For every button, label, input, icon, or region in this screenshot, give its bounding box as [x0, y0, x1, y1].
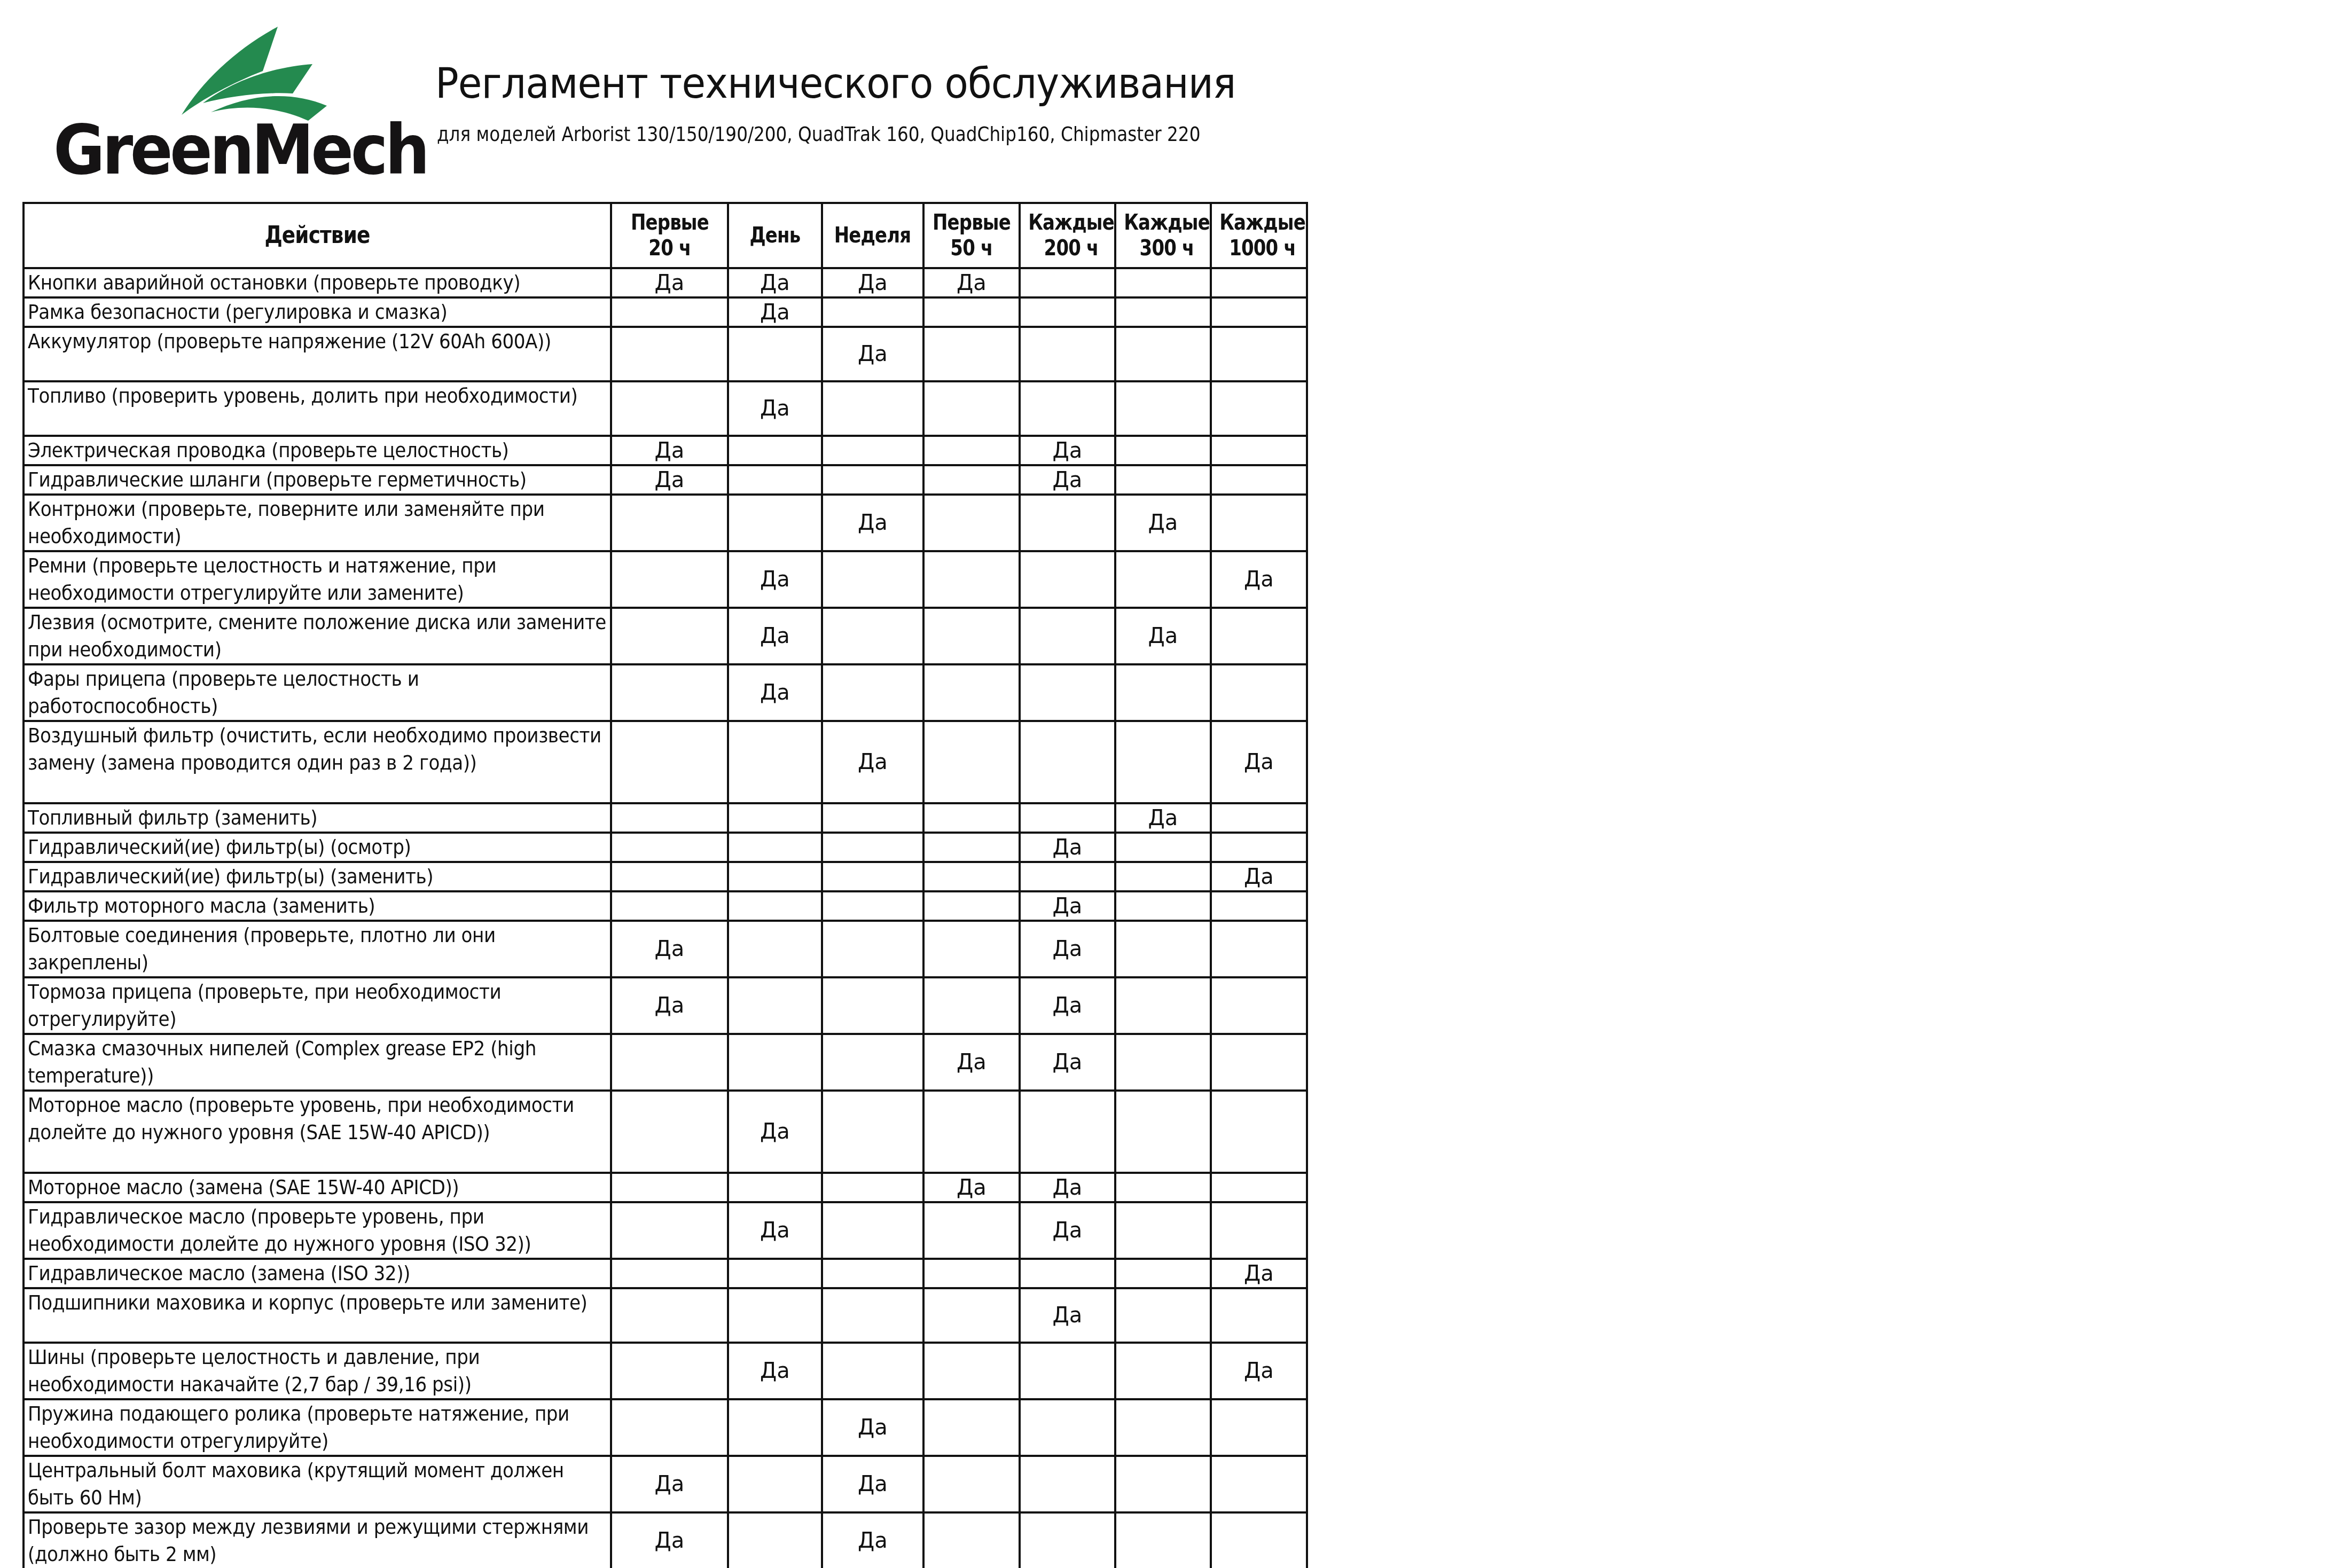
interval-cell-every-200h: Да: [1020, 465, 1115, 495]
interval-cell-every-300h: [1115, 327, 1211, 381]
interval-cell-first-50h: Да: [923, 1034, 1020, 1091]
interval-cell-every-200h: [1020, 862, 1115, 891]
interval-cell-every-1000h: [1211, 891, 1307, 921]
column-header-line: Неделя: [834, 223, 911, 248]
action-cell: Гидравлические шланги (проверьте гермети…: [24, 465, 611, 495]
interval-cell-week: [822, 1288, 923, 1343]
action-cell: Гидравлический(ие) фильтр(ы) (заменить): [24, 862, 611, 891]
interval-cell-week: Да: [822, 1456, 923, 1512]
interval-cell-every-200h: [1020, 268, 1115, 297]
interval-cell-every-1000h: [1211, 608, 1307, 664]
action-text: Фары прицепа (проверьте целостность и ра…: [28, 665, 609, 720]
interval-cell-first-50h: [923, 921, 1020, 977]
interval-cell-first-20h: [611, 1034, 728, 1091]
column-header-line: Действие: [264, 223, 370, 248]
interval-cell-first-50h: [923, 862, 1020, 891]
yes-mark: Да: [858, 750, 888, 774]
interval-cell-every-200h: Да: [1020, 1173, 1115, 1202]
action-text: Контрножи (проверьте, поверните или заме…: [28, 496, 609, 550]
yes-mark: Да: [760, 300, 790, 325]
interval-cell-first-20h: [611, 833, 728, 862]
interval-cell-every-1000h: [1211, 921, 1307, 977]
interval-cell-first-20h: [611, 1259, 728, 1288]
interval-cell-every-1000h: [1211, 1173, 1307, 1202]
yes-mark: Да: [760, 567, 790, 592]
interval-cell-first-20h: Да: [611, 268, 728, 297]
interval-cell-every-1000h: [1211, 977, 1307, 1034]
yes-mark: Да: [655, 1528, 685, 1553]
yes-mark: Да: [760, 1218, 790, 1243]
column-header-line: Каждые: [1219, 210, 1305, 236]
interval-cell-every-300h: [1115, 297, 1211, 327]
interval-cell-week: [822, 1091, 923, 1173]
interval-cell-every-300h: [1115, 833, 1211, 862]
table-row: Пружина подающего ролика (проверьте натя…: [24, 1399, 1307, 1456]
table-row: Смазка смазочных нипелей (Complex grease…: [24, 1034, 1307, 1091]
interval-cell-week: [822, 551, 923, 608]
interval-cell-first-50h: [923, 1343, 1020, 1399]
yes-mark: Да: [858, 271, 888, 295]
interval-cell-every-300h: Да: [1115, 608, 1211, 664]
action-cell: Контрножи (проверьте, поверните или заме…: [24, 495, 611, 551]
interval-cell-first-50h: [923, 803, 1020, 833]
yes-mark: Да: [655, 993, 685, 1018]
action-text: Гидравлическое масло (замена (ISO 32)): [28, 1260, 609, 1287]
interval-cell-week: [822, 1034, 923, 1091]
column-header-first-50h: Первые50 ч: [923, 203, 1020, 268]
yes-mark: Да: [760, 1359, 790, 1383]
interval-cell-week: [822, 862, 923, 891]
interval-cell-every-200h: [1020, 803, 1115, 833]
table-row: Фары прицепа (проверьте целостность и ра…: [24, 664, 1307, 721]
action-text: Кнопки аварийной остановки (проверьте пр…: [28, 269, 609, 296]
interval-cell-first-20h: [611, 862, 728, 891]
interval-cell-every-1000h: [1211, 1456, 1307, 1512]
yes-mark: Да: [760, 271, 790, 295]
interval-cell-every-300h: [1115, 1202, 1211, 1259]
yes-mark: Да: [858, 1415, 888, 1440]
column-header-every-200h: Каждые200 ч: [1020, 203, 1115, 268]
action-text: Гидравлический(ие) фильтр(ы) (заменить): [28, 863, 609, 890]
interval-cell-first-50h: [923, 721, 1020, 803]
action-text: Тормоза прицепа (проверьте, при необходи…: [28, 978, 609, 1033]
column-header-first-20h: Первые20 ч: [611, 203, 728, 268]
action-text: Смазка смазочных нипелей (Complex grease…: [28, 1035, 609, 1089]
interval-cell-first-20h: [611, 381, 728, 436]
action-text: Болтовые соединения (проверьте, плотно л…: [28, 922, 609, 976]
interval-cell-every-200h: Да: [1020, 1288, 1115, 1343]
brand-wordmark: GreenMech: [53, 116, 427, 185]
table-body: Кнопки аварийной остановки (проверьте пр…: [24, 268, 1307, 1568]
interval-cell-day: [728, 721, 822, 803]
table-row: Шины (проверьте целостность и давление, …: [24, 1343, 1307, 1399]
action-text: Топливный фильтр (заменить): [28, 804, 609, 832]
column-header-label: Неделя: [834, 223, 911, 248]
action-text: Гидравлические шланги (проверьте гермети…: [28, 466, 609, 493]
interval-cell-every-300h: [1115, 1399, 1211, 1456]
interval-cell-day: Да: [728, 1091, 822, 1173]
interval-cell-every-300h: [1115, 1173, 1211, 1202]
interval-cell-every-300h: [1115, 1091, 1211, 1173]
interval-cell-every-1000h: [1211, 381, 1307, 436]
yes-mark: Да: [1244, 1359, 1274, 1383]
yes-mark: Да: [655, 438, 685, 463]
yes-mark: Да: [760, 624, 790, 648]
interval-cell-day: [728, 921, 822, 977]
yes-mark: Да: [1244, 865, 1274, 889]
interval-cell-every-200h: [1020, 608, 1115, 664]
interval-cell-every-200h: [1020, 721, 1115, 803]
column-header-label: День: [750, 223, 801, 248]
interval-cell-first-20h: [611, 495, 728, 551]
yes-mark: Да: [858, 1528, 888, 1553]
yes-mark: Да: [655, 271, 685, 295]
interval-cell-every-1000h: Да: [1211, 862, 1307, 891]
interval-cell-every-1000h: [1211, 465, 1307, 495]
yes-mark: Да: [1053, 1218, 1083, 1243]
interval-cell-every-200h: [1020, 1512, 1115, 1568]
interval-cell-every-200h: Да: [1020, 1202, 1115, 1259]
interval-cell-first-20h: [611, 551, 728, 608]
interval-cell-every-200h: [1020, 297, 1115, 327]
interval-cell-every-1000h: Да: [1211, 551, 1307, 608]
table-row: Ремни (проверьте целостность и натяжение…: [24, 551, 1307, 608]
action-cell: Топливный фильтр (заменить): [24, 803, 611, 833]
action-text: Пружина подающего ролика (проверьте натя…: [28, 1400, 609, 1455]
interval-cell-first-50h: [923, 1202, 1020, 1259]
interval-cell-every-200h: Да: [1020, 436, 1115, 465]
interval-cell-first-50h: [923, 436, 1020, 465]
column-header-line: 50 ч: [933, 236, 1011, 261]
action-cell: Гидравлическое масло (проверьте уровень,…: [24, 1202, 611, 1259]
yes-mark: Да: [1053, 993, 1083, 1018]
interval-cell-every-300h: [1115, 921, 1211, 977]
interval-cell-day: [728, 1456, 822, 1512]
yes-mark: Да: [957, 1050, 987, 1075]
column-header-line: 300 ч: [1124, 236, 1210, 261]
yes-mark: Да: [1244, 750, 1274, 774]
action-text: Ремни (проверьте целостность и натяжение…: [28, 552, 609, 607]
table-row: Гидравлический(ие) фильтр(ы) (осмотр)Да: [24, 833, 1307, 862]
interval-cell-first-20h: Да: [611, 977, 728, 1034]
action-cell: Моторное масло (проверьте уровень, при н…: [24, 1091, 611, 1173]
interval-cell-every-200h: Да: [1020, 1034, 1115, 1091]
interval-cell-day: Да: [728, 608, 822, 664]
interval-cell-first-50h: [923, 1259, 1020, 1288]
interval-cell-every-1000h: [1211, 268, 1307, 297]
interval-cell-day: [728, 436, 822, 465]
column-header-label: Первые20 ч: [630, 210, 708, 261]
yes-mark: Да: [655, 468, 685, 492]
column-header-every-1000h: Каждые1000 ч: [1211, 203, 1307, 268]
table-row: Гидравлическое масло (замена (ISO 32))Да: [24, 1259, 1307, 1288]
column-header-line: 200 ч: [1028, 236, 1114, 261]
interval-cell-first-20h: [611, 803, 728, 833]
interval-cell-every-300h: [1115, 551, 1211, 608]
column-header-label: Каждые200 ч: [1028, 210, 1114, 261]
yes-mark: Да: [1053, 894, 1083, 919]
column-header-action: Действие: [24, 203, 611, 268]
interval-cell-week: [822, 608, 923, 664]
interval-cell-every-300h: [1115, 1259, 1211, 1288]
interval-cell-day: [728, 833, 822, 862]
action-cell: Смазка смазочных нипелей (Complex grease…: [24, 1034, 611, 1091]
interval-cell-every-300h: [1115, 436, 1211, 465]
interval-cell-first-20h: [611, 1399, 728, 1456]
yes-mark: Да: [1244, 1261, 1274, 1286]
interval-cell-week: [822, 465, 923, 495]
interval-cell-every-200h: [1020, 1091, 1115, 1173]
action-cell: Фары прицепа (проверьте целостность и ра…: [24, 664, 611, 721]
interval-cell-week: Да: [822, 495, 923, 551]
interval-cell-week: [822, 1173, 923, 1202]
interval-cell-every-300h: [1115, 1343, 1211, 1399]
table-row: Тормоза прицепа (проверьте, при необходи…: [24, 977, 1307, 1034]
action-cell: Гидравлический(ие) фильтр(ы) (осмотр): [24, 833, 611, 862]
column-header-line: Каждые: [1124, 210, 1210, 236]
interval-cell-every-200h: [1020, 1399, 1115, 1456]
table-row: Воздушный фильтр (очистить, если необход…: [24, 721, 1307, 803]
interval-cell-every-300h: [1115, 664, 1211, 721]
action-cell: Моторное масло (замена (SAE 15W-40 APICD…: [24, 1173, 611, 1202]
interval-cell-first-50h: [923, 327, 1020, 381]
yes-mark: Да: [1053, 1303, 1083, 1328]
interval-cell-first-50h: [923, 495, 1020, 551]
interval-cell-week: Да: [822, 268, 923, 297]
interval-cell-week: [822, 977, 923, 1034]
interval-cell-every-1000h: [1211, 1034, 1307, 1091]
interval-cell-every-200h: [1020, 327, 1115, 381]
yes-mark: Да: [957, 271, 987, 295]
interval-cell-first-50h: [923, 1512, 1020, 1568]
interval-cell-first-20h: [611, 297, 728, 327]
action-cell: Ремни (проверьте целостность и натяжение…: [24, 551, 611, 608]
page-subtitle: для моделей Arborist 130/150/190/200, Qu…: [437, 124, 1200, 144]
action-text: Подшипники маховика и корпус (проверьте …: [28, 1289, 609, 1316]
yes-mark: Да: [655, 937, 685, 961]
interval-cell-first-50h: [923, 381, 1020, 436]
table-row: Подшипники маховика и корпус (проверьте …: [24, 1288, 1307, 1343]
interval-cell-week: [822, 436, 923, 465]
greenmech-logo: GreenMech: [53, 21, 385, 182]
action-cell: Проверьте зазор между лезвиями и режущим…: [24, 1512, 611, 1568]
table-row: Болтовые соединения (проверьте, плотно л…: [24, 921, 1307, 977]
maintenance-schedule-table: ДействиеПервые20 чДеньНеделяПервые50 чКа…: [22, 202, 1308, 1568]
interval-cell-every-1000h: [1211, 436, 1307, 465]
action-text: Лезвия (осмотрите, смените положение дис…: [28, 609, 609, 663]
interval-cell-every-200h: [1020, 495, 1115, 551]
yes-mark: Да: [760, 680, 790, 705]
yes-mark: Да: [1053, 438, 1083, 463]
column-header-line: Первые: [630, 210, 708, 236]
interval-cell-first-20h: [611, 891, 728, 921]
yes-mark: Да: [1053, 937, 1083, 961]
yes-mark: Да: [760, 1119, 790, 1144]
action-cell: Шины (проверьте целостность и давление, …: [24, 1343, 611, 1399]
yes-mark: Да: [1053, 468, 1083, 492]
interval-cell-week: [822, 297, 923, 327]
interval-cell-week: Да: [822, 327, 923, 381]
yes-mark: Да: [760, 396, 790, 421]
interval-cell-day: Да: [728, 551, 822, 608]
interval-cell-every-1000h: [1211, 495, 1307, 551]
action-cell: Тормоза прицепа (проверьте, при необходи…: [24, 977, 611, 1034]
interval-cell-week: [822, 1343, 923, 1399]
interval-cell-every-200h: Да: [1020, 891, 1115, 921]
interval-cell-day: Да: [728, 381, 822, 436]
table-row: Топливо (проверить уровень, долить при н…: [24, 381, 1307, 436]
interval-cell-first-50h: [923, 1456, 1020, 1512]
table-row: Фильтр моторного масла (заменить)Да: [24, 891, 1307, 921]
action-text: Фильтр моторного масла (заменить): [28, 892, 609, 920]
interval-cell-every-1000h: Да: [1211, 1259, 1307, 1288]
action-text: Центральный болт маховика (крутящий моме…: [28, 1457, 609, 1511]
yes-mark: Да: [1148, 511, 1178, 535]
interval-cell-week: [822, 921, 923, 977]
interval-cell-every-200h: [1020, 381, 1115, 436]
interval-cell-first-20h: [611, 1173, 728, 1202]
column-header-line: Каждые: [1028, 210, 1114, 236]
table-row: Центральный болт маховика (крутящий моме…: [24, 1456, 1307, 1512]
interval-cell-every-200h: Да: [1020, 833, 1115, 862]
interval-cell-day: [728, 1512, 822, 1568]
interval-cell-every-1000h: Да: [1211, 1343, 1307, 1399]
interval-cell-day: [728, 803, 822, 833]
yes-mark: Да: [1148, 624, 1178, 648]
action-cell: Лезвия (осмотрите, смените положение дис…: [24, 608, 611, 664]
interval-cell-day: [728, 891, 822, 921]
interval-cell-first-50h: [923, 608, 1020, 664]
table-row: Гидравлические шланги (проверьте гермети…: [24, 465, 1307, 495]
table-row: Рамка безопасности (регулировка и смазка…: [24, 297, 1307, 327]
interval-cell-first-20h: Да: [611, 921, 728, 977]
interval-cell-every-200h: [1020, 1259, 1115, 1288]
action-cell: Болтовые соединения (проверьте, плотно л…: [24, 921, 611, 977]
yes-mark: Да: [1053, 1175, 1083, 1200]
page-title: Регламент технического обслуживания: [435, 63, 1236, 105]
interval-cell-first-20h: [611, 1288, 728, 1343]
interval-cell-every-300h: [1115, 891, 1211, 921]
interval-cell-first-20h: Да: [611, 436, 728, 465]
interval-cell-first-20h: [611, 608, 728, 664]
interval-cell-day: [728, 1034, 822, 1091]
interval-cell-day: [728, 862, 822, 891]
yes-mark: Да: [957, 1175, 987, 1200]
interval-cell-first-50h: [923, 664, 1020, 721]
interval-cell-week: [822, 1259, 923, 1288]
action-text: Моторное масло (проверьте уровень, при н…: [28, 1092, 609, 1146]
interval-cell-first-20h: [611, 1202, 728, 1259]
interval-cell-first-20h: Да: [611, 1512, 728, 1568]
leaf-swoosh-icon: [123, 21, 347, 123]
interval-cell-every-200h: [1020, 1456, 1115, 1512]
interval-cell-first-50h: [923, 1288, 1020, 1343]
column-header-every-300h: Каждые300 ч: [1115, 203, 1211, 268]
interval-cell-day: Да: [728, 664, 822, 721]
table-row: Моторное масло (замена (SAE 15W-40 APICD…: [24, 1173, 1307, 1202]
interval-cell-day: [728, 1259, 822, 1288]
action-text: Аккумулятор (проверьте напряжение (12V 6…: [28, 328, 609, 355]
table-row: Контрножи (проверьте, поверните или заме…: [24, 495, 1307, 551]
interval-cell-every-200h: Да: [1020, 977, 1115, 1034]
interval-cell-every-1000h: [1211, 1512, 1307, 1568]
action-cell: Аккумулятор (проверьте напряжение (12V 6…: [24, 327, 611, 381]
interval-cell-day: [728, 327, 822, 381]
interval-cell-first-20h: Да: [611, 1456, 728, 1512]
action-text: Гидравлический(ие) фильтр(ы) (осмотр): [28, 834, 609, 861]
interval-cell-every-300h: [1115, 1034, 1211, 1091]
yes-mark: Да: [1053, 1050, 1083, 1075]
column-header-line: 1000 ч: [1219, 236, 1305, 261]
interval-cell-every-300h: [1115, 862, 1211, 891]
column-header-line: 20 ч: [630, 236, 708, 261]
interval-cell-week: [822, 664, 923, 721]
interval-cell-first-50h: [923, 551, 1020, 608]
interval-cell-day: [728, 977, 822, 1034]
interval-cell-every-300h: [1115, 721, 1211, 803]
yes-mark: Да: [858, 342, 888, 366]
table-row: Кнопки аварийной остановки (проверьте пр…: [24, 268, 1307, 297]
interval-cell-first-20h: [611, 327, 728, 381]
interval-cell-every-1000h: [1211, 1091, 1307, 1173]
action-cell: Фильтр моторного масла (заменить): [24, 891, 611, 921]
interval-cell-every-1000h: [1211, 1202, 1307, 1259]
interval-cell-every-300h: [1115, 977, 1211, 1034]
action-cell: Кнопки аварийной остановки (проверьте пр…: [24, 268, 611, 297]
interval-cell-every-300h: [1115, 465, 1211, 495]
interval-cell-day: [728, 465, 822, 495]
interval-cell-first-50h: [923, 297, 1020, 327]
action-text: Проверьте зазор между лезвиями и режущим…: [28, 1514, 609, 1568]
action-cell: Рамка безопасности (регулировка и смазка…: [24, 297, 611, 327]
action-cell: Топливо (проверить уровень, долить при н…: [24, 381, 611, 436]
action-cell: Пружина подающего ролика (проверьте натя…: [24, 1399, 611, 1456]
interval-cell-every-200h: [1020, 664, 1115, 721]
interval-cell-every-300h: [1115, 1288, 1211, 1343]
action-cell: Гидравлическое масло (замена (ISO 32)): [24, 1259, 611, 1288]
column-header-line: Первые: [933, 210, 1011, 236]
column-header-label: Действие: [264, 223, 370, 248]
interval-cell-week: [822, 803, 923, 833]
interval-cell-every-300h: [1115, 1512, 1211, 1568]
table-row: Гидравлическое масло (проверьте уровень,…: [24, 1202, 1307, 1259]
action-cell: Электрическая проводка (проверьте целост…: [24, 436, 611, 465]
interval-cell-day: [728, 1399, 822, 1456]
interval-cell-every-300h: Да: [1115, 803, 1211, 833]
interval-cell-every-1000h: [1211, 297, 1307, 327]
interval-cell-first-20h: [611, 721, 728, 803]
interval-cell-every-1000h: [1211, 833, 1307, 862]
table-row: Электрическая проводка (проверьте целост…: [24, 436, 1307, 465]
interval-cell-every-1000h: [1211, 1288, 1307, 1343]
table-row: Аккумулятор (проверьте напряжение (12V 6…: [24, 327, 1307, 381]
interval-cell-first-50h: [923, 891, 1020, 921]
action-cell: Центральный болт маховика (крутящий моме…: [24, 1456, 611, 1512]
interval-cell-every-1000h: Да: [1211, 721, 1307, 803]
interval-cell-every-1000h: [1211, 803, 1307, 833]
interval-cell-first-20h: [611, 1343, 728, 1399]
yes-mark: Да: [655, 1472, 685, 1496]
interval-cell-first-20h: Да: [611, 465, 728, 495]
column-header-label: Каждые1000 ч: [1219, 210, 1305, 261]
action-text: Шины (проверьте целостность и давление, …: [28, 1344, 609, 1398]
interval-cell-first-50h: Да: [923, 1173, 1020, 1202]
interval-cell-every-300h: Да: [1115, 495, 1211, 551]
column-header-week: Неделя: [822, 203, 923, 268]
yes-mark: Да: [1053, 835, 1083, 860]
column-header-day: День: [728, 203, 822, 268]
column-header-line: День: [750, 223, 801, 248]
